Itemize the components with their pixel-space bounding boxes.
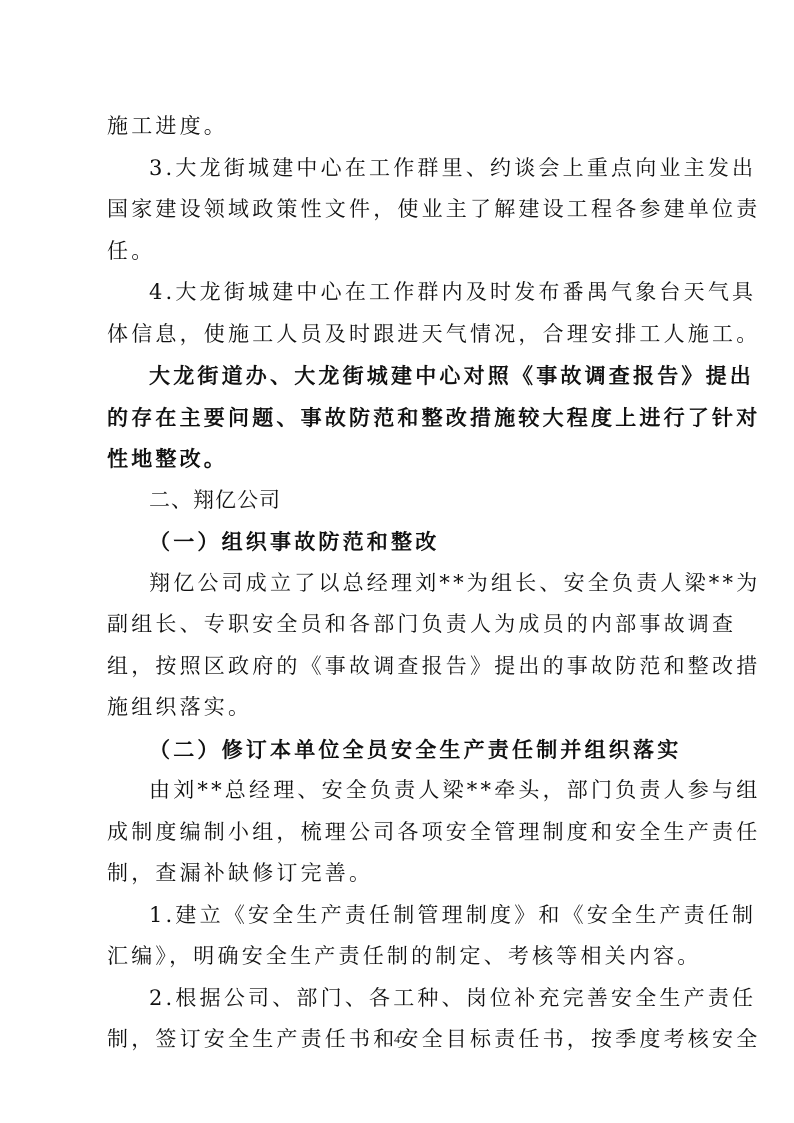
paragraph-line: 制，查漏补缺修订完善。 bbox=[107, 853, 701, 895]
paragraph-line: 成制度编制小组，梳理公司各项安全管理制度和安全生产责任 bbox=[107, 812, 701, 854]
summary-line: 性地整改。 bbox=[107, 438, 701, 480]
paragraph-line: 翔亿公司成立了以总经理刘**为组长、安全负责人梁**为 bbox=[107, 563, 701, 605]
subsection-heading: （二）修订本单位全员安全生产责任制并组织落实 bbox=[107, 729, 701, 771]
document-body: 施工进度。 3.大龙街城建中心在工作群里、约谈会上重点向业主发出 国家建设领域政… bbox=[107, 106, 701, 1061]
paragraph-line: 施组织落实。 bbox=[107, 687, 701, 729]
section-heading: 二、翔亿公司 bbox=[107, 480, 701, 522]
paragraph-line: 由刘**总经理、安全负责人梁**牵头，部门负责人参与组 bbox=[107, 770, 701, 812]
paragraph-line: 2.根据公司、部门、各工种、岗位补充完善安全生产责任 bbox=[107, 978, 701, 1020]
summary-line: 大龙街道办、大龙街城建中心对照《事故调查报告》提出 bbox=[107, 355, 701, 397]
paragraph-line: 3.大龙街城建中心在工作群里、约谈会上重点向业主发出 bbox=[107, 148, 701, 190]
page-number: 4 bbox=[0, 1032, 794, 1047]
paragraph-line: 任。 bbox=[107, 231, 701, 273]
summary-line: 的存在主要问题、事故防范和整改措施较大程度上进行了针对 bbox=[107, 397, 701, 439]
paragraph-line: 组，按照区政府的《事故调查报告》提出的事故防范和整改措 bbox=[107, 646, 701, 688]
paragraph-line: 副组长、专职安全员和各部门负责人为成员的内部事故调查 bbox=[107, 604, 701, 646]
paragraph-line: 1.建立《安全生产责任制管理制度》和《安全生产责任制 bbox=[107, 895, 701, 937]
paragraph-line: 国家建设领域政策性文件，使业主了解建设工程各参建单位责 bbox=[107, 189, 701, 231]
paragraph-line: 施工进度。 bbox=[107, 106, 701, 148]
subsection-heading: （一）组织事故防范和整改 bbox=[107, 521, 701, 563]
paragraph-line: 体信息，使施工人员及时跟进天气情况，合理安排工人施工。 bbox=[107, 314, 701, 356]
paragraph-line: 4.大龙街城建中心在工作群内及时发布番禺气象台天气具 bbox=[107, 272, 701, 314]
paragraph-line: 汇编》，明确安全生产责任制的制定、考核等相关内容。 bbox=[107, 936, 701, 978]
